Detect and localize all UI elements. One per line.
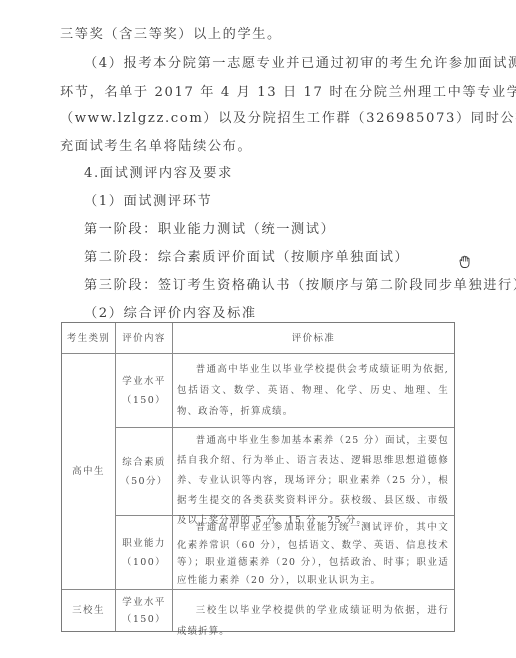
content-name: 学业水平 (122, 375, 166, 388)
content-score: （100） (122, 556, 166, 569)
content-score: （150） (122, 394, 166, 407)
criteria-academic-level: 普通高中毕业生以毕业学校提供会考成绩证明为依据,包括语文、数学、英语、物理、化学… (177, 359, 449, 422)
category-three-schools: 三校生 (62, 590, 115, 631)
content-score: （50分） (120, 475, 168, 488)
content-name: 综合素质 (122, 456, 166, 469)
paragraph-award-continuation: 三等奖（含三等奖）以上的学生。 (60, 26, 282, 44)
criteria-vocational-ability: 普通高中毕业生参加职业能力统一测试评价，其中文化素养常识（60 分），包括语文、… (177, 519, 449, 589)
header-evaluation-content: 评价内容 (116, 323, 172, 353)
section-heading-4: 4.面试测评内容及要求 (84, 165, 233, 183)
content-score: （150） (122, 613, 166, 626)
paragraph-interview-list-line4: 充面试考生名单将陆续公布。 (60, 138, 252, 156)
content-academic-level: 学业水平 （150） (116, 354, 172, 427)
criteria-comprehensive-quality: 普通高中毕业生参加基本素养（25 分）面试，主要包括自我介绍、行为举止、语言表达… (177, 431, 449, 531)
paragraph-interview-list-line2: 环节，名单于 2017 年 4 月 13 日 17 时在分院兰州理工中等专业学校… (60, 84, 516, 102)
paragraph-interview-list-line1: （4）报考本分院第一志愿专业并已通过初审的考生允许参加面试测评 (84, 55, 516, 73)
content-name: 学业水平 (122, 596, 166, 609)
content-comprehensive-quality: 综合素质 （50分） (116, 428, 172, 515)
evaluation-criteria-table: 考生类别 评价内容 评价标准 高中生 学业水平 （150） 普通高中毕业生以毕业… (61, 322, 455, 632)
stage-3: 第三阶段：签订考生资格确认书（按顺序与第二阶段同步单独进行） (84, 277, 516, 295)
content-name: 职业能力 (122, 537, 166, 550)
content-vocational-ability: 职业能力 （100） (116, 516, 172, 589)
subsection-heading-1: （1）面试测评环节 (84, 193, 212, 211)
document-page: 三等奖（含三等奖）以上的学生。 （4）报考本分院第一志愿专业并已通过初审的考生允… (0, 0, 516, 658)
content-academic-level-three-schools: 学业水平 （150） (116, 590, 172, 631)
paragraph-interview-list-line3: （www.lzlgzz.com）以及分院招生工作群（326985073）同时公布… (60, 110, 516, 128)
stage-2: 第二阶段：综合素质评价面试（按顺序单独面试） (84, 249, 409, 267)
hand-grab-icon (457, 254, 473, 270)
category-high-school: 高中生 (62, 354, 115, 589)
criteria-three-schools: 三校生以毕业学校提供的学业成绩证明为依据，进行成绩折算。 (177, 600, 449, 642)
stage-1: 第一阶段：职业能力测试（统一测试） (84, 221, 335, 239)
header-student-category: 考生类别 (62, 323, 115, 353)
header-evaluation-criteria: 评价标准 (173, 323, 454, 353)
subsection-heading-2: （2）综合评价内容及标准 (84, 305, 257, 323)
